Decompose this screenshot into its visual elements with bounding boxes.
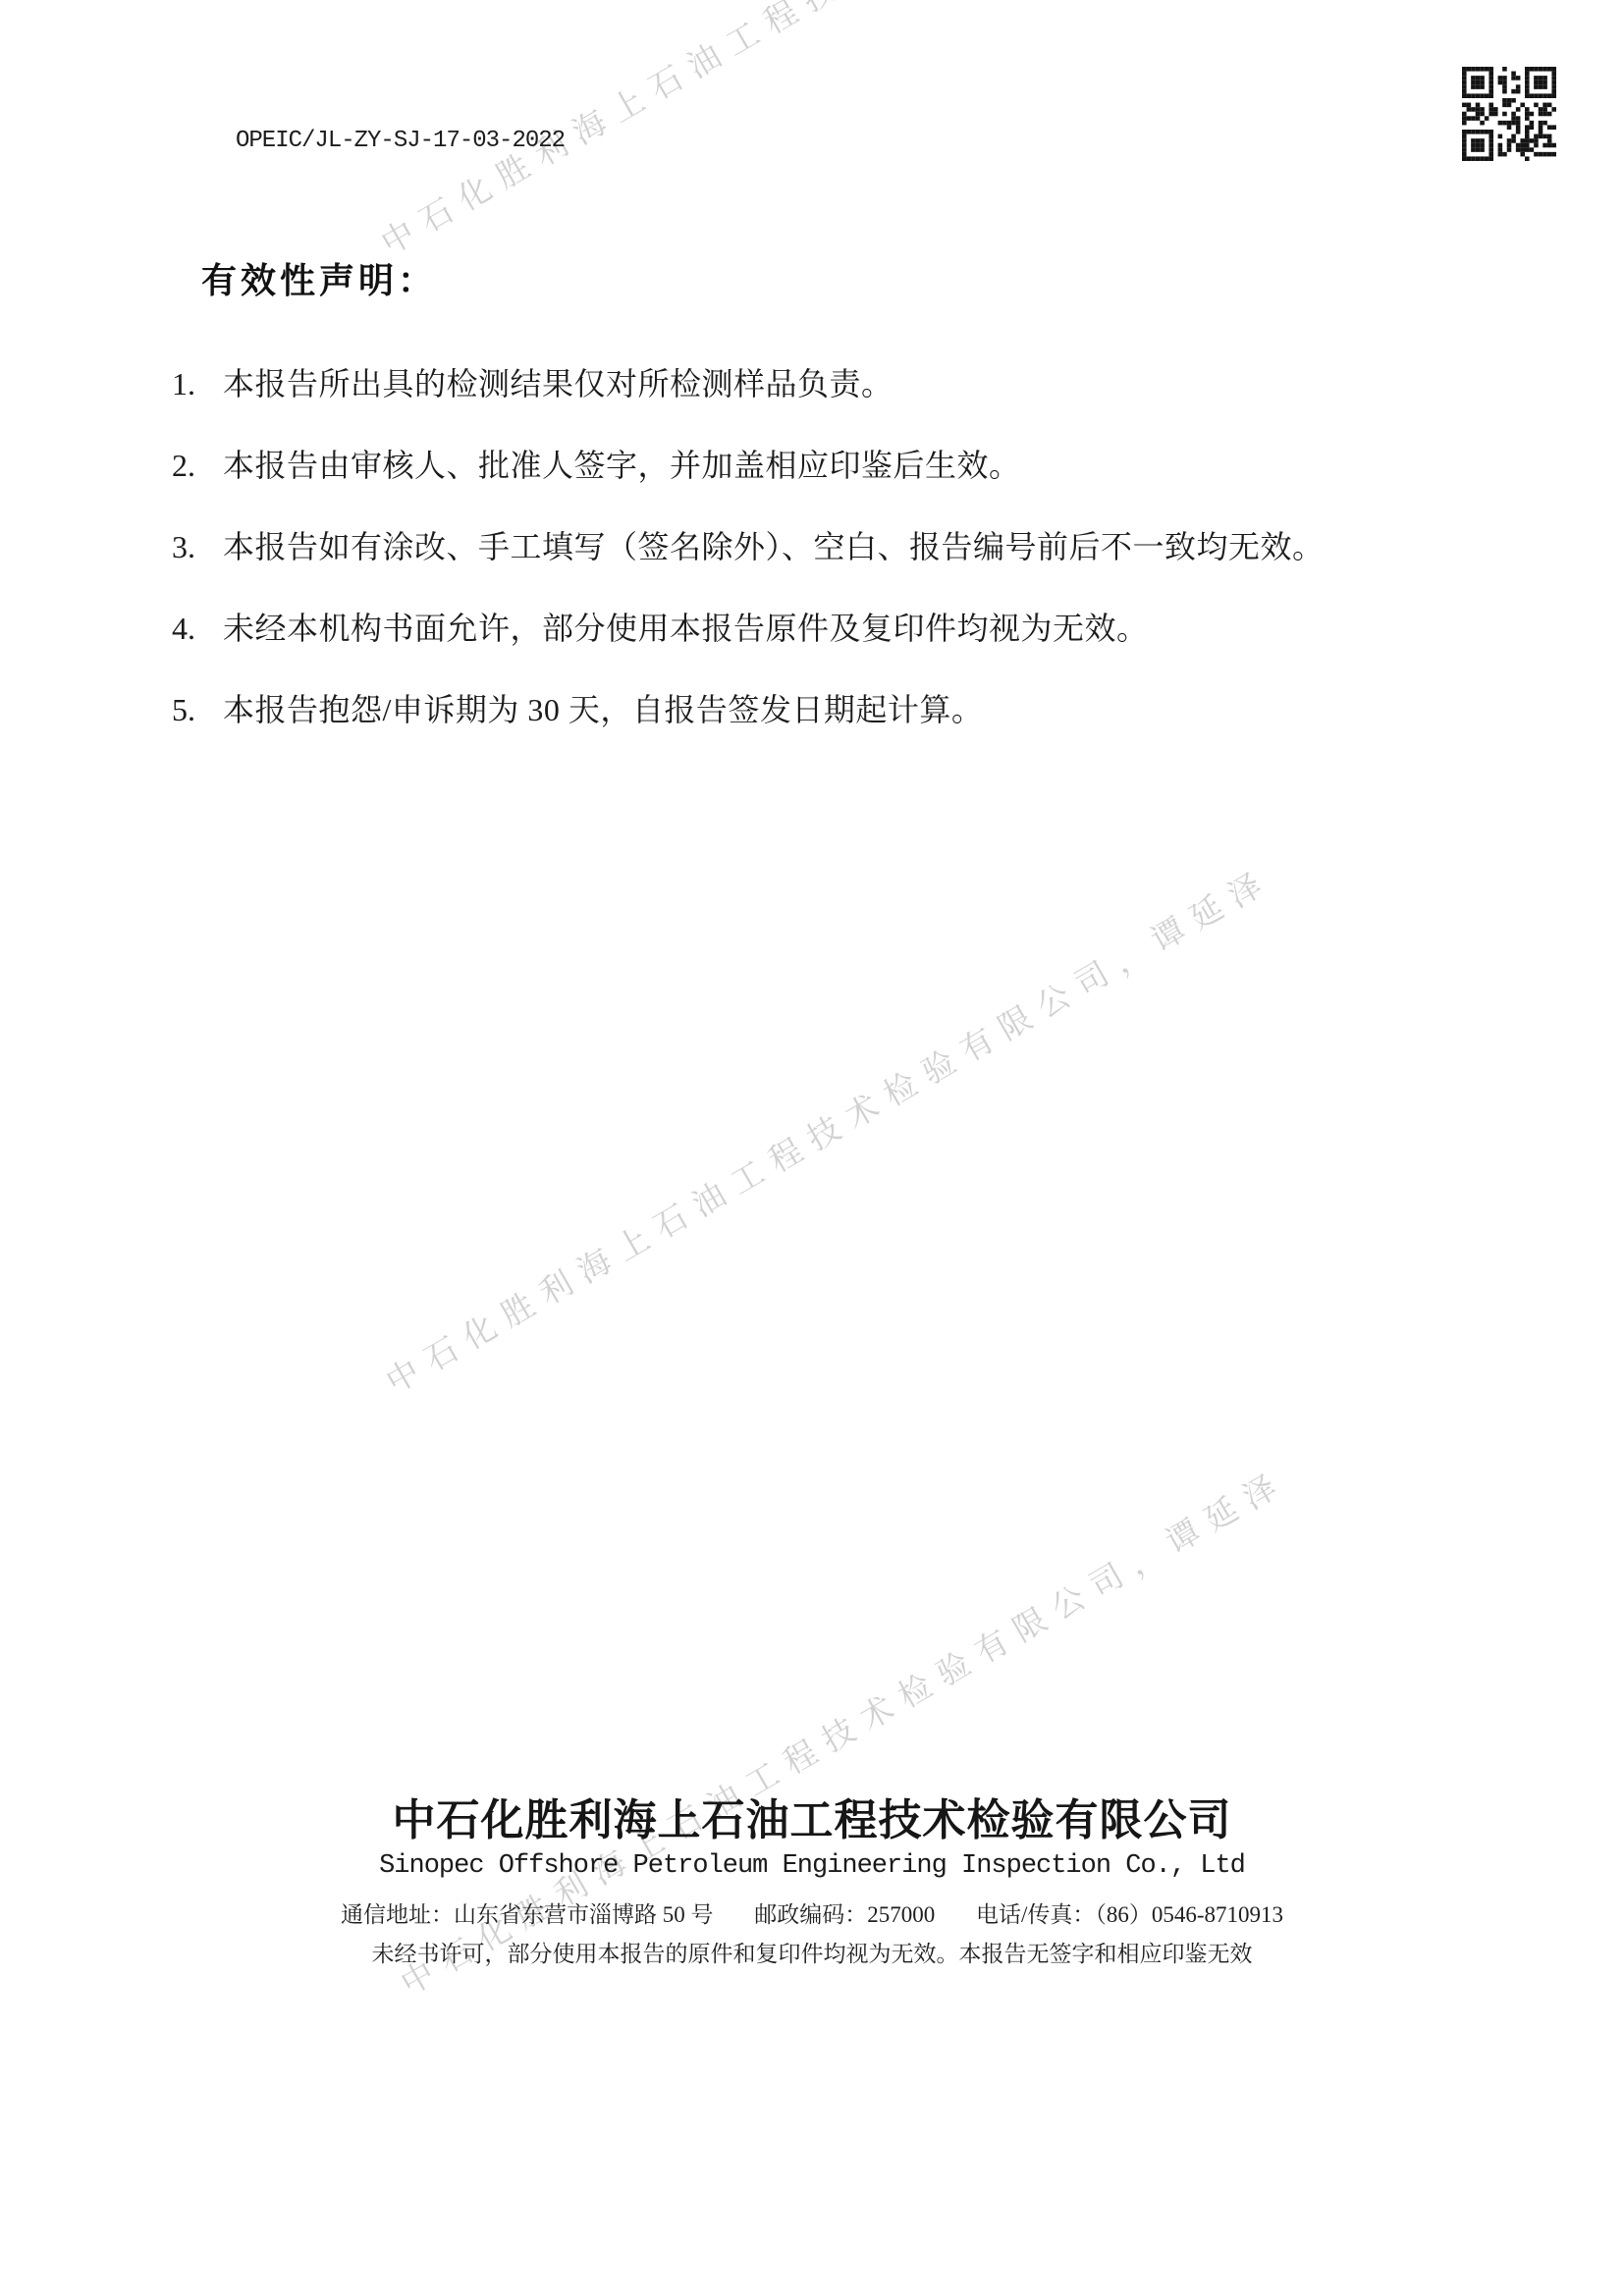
company-name-en: Sinopec Offshore Petroleum Engineering I…: [0, 1851, 1624, 1881]
statement-text: 本报告所出具的检测结果仅对所检测样品负责。: [223, 363, 1409, 404]
page-title: 有效性声明：: [201, 253, 437, 303]
statement-item: 4. 未经本机构书面允许，部分使用本报告原件及复印件均视为无效。: [172, 608, 1409, 649]
statement-text: 本报告由审核人、批准人签字，并加盖相应印鉴后生效。: [223, 445, 1409, 486]
report-page: 中石化胜利海上石油工程技术检验有限公司，谭延泽 中石化胜利海上石油工程技术检验有…: [0, 0, 1624, 2296]
statement-number: 4.: [172, 608, 223, 649]
qr-code-image: [1462, 67, 1556, 161]
footer-notice: 未经书许可，部分使用本报告的原件和复印件均视为无效。本报告无签字和相应印鉴无效: [0, 1936, 1624, 1968]
watermark-text: 中石化胜利海上石油工程技术检验有限公司，谭延泽: [376, 855, 1279, 1403]
statement-number: 3.: [172, 526, 223, 567]
company-name-cn: 中石化胜利海上石油工程技术检验有限公司: [0, 1785, 1624, 1847]
statement-item: 1. 本报告所出具的检测结果仅对所检测样品负责。: [172, 363, 1409, 404]
document-code: OPEIC/JL-ZY-SJ-17-03-2022: [236, 128, 565, 154]
statement-number: 5.: [172, 689, 223, 730]
footer: 中石化胜利海上石油工程技术检验有限公司 Sinopec Offshore Pet…: [0, 1785, 1624, 1968]
statement-item: 2. 本报告由审核人、批准人签字，并加盖相应印鉴后生效。: [172, 445, 1409, 486]
statement-text: 本报告抱怨/申诉期为 30 天，自报告签发日期起计算。: [223, 689, 1409, 730]
statement-number: 1.: [172, 363, 223, 404]
contact-phone-fax: 电话/传真：（86）0546-8710913: [976, 1896, 1283, 1929]
contact-address: 通信地址：山东省东营市淄博路 50 号: [341, 1896, 714, 1929]
statement-number: 2.: [172, 445, 223, 486]
statements-list: 1. 本报告所出具的检测结果仅对所检测样品负责。 2. 本报告由审核人、批准人签…: [172, 363, 1409, 771]
qr-code-icon: [1462, 67, 1556, 161]
statement-item: 5. 本报告抱怨/申诉期为 30 天，自报告签发日期起计算。: [172, 689, 1409, 730]
statement-text: 本报告如有涂改、手工填写（签名除外）、空白、报告编号前后不一致均无效。: [223, 526, 1409, 567]
contact-line: 通信地址：山东省东营市淄博路 50 号 邮政编码：257000 电话/传真：（8…: [0, 1896, 1624, 1929]
statement-text: 未经本机构书面允许，部分使用本报告原件及复印件均视为无效。: [223, 608, 1409, 649]
contact-postal-code: 邮政编码：257000: [754, 1896, 935, 1929]
statement-item: 3. 本报告如有涂改、手工填写（签名除外）、空白、报告编号前后不一致均无效。: [172, 526, 1409, 567]
